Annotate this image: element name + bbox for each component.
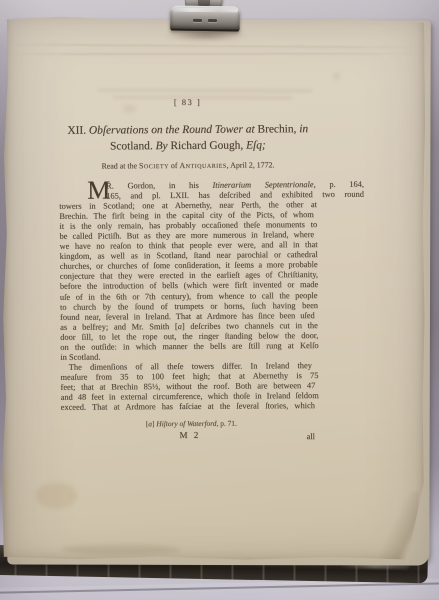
read-at-society-line: Read at the Society of Antiquaries, Apri… <box>59 160 317 171</box>
catchword: all <box>306 432 314 441</box>
author-esq: Eſq; <box>246 139 266 151</box>
read-line-of: of <box>171 161 178 170</box>
ink-bleedthrough <box>98 89 313 93</box>
read-line-pre: Read at the <box>101 161 137 170</box>
text-line: on the outſide: in which manner the bell… <box>60 341 318 353</box>
antiquaries-smallcaps: Antiquaries <box>179 161 226 170</box>
paper-crease <box>3 53 426 55</box>
title-line-1: XII. Obſervations on the Round Tower at … <box>59 122 317 139</box>
paper-stain <box>61 545 181 555</box>
page-number: [ 83 ] <box>59 96 317 108</box>
article-number: XII. <box>67 125 86 137</box>
article-title: XII. Obſervations on the Round Tower at … <box>59 122 317 155</box>
document-page: [ 83 ] XII. Obſervations on the Round To… <box>1 14 425 565</box>
page-number-text: [ 83 ] <box>174 97 201 107</box>
printed-text-block: [ 83 ] XII. Obſervations on the Round To… <box>59 96 320 468</box>
clip-body <box>170 6 240 32</box>
paper-stain <box>35 483 77 509</box>
binder-clip <box>170 0 242 37</box>
read-line-date: , April 2, 1772. <box>227 160 275 169</box>
body-paragraph-2: The dimenſions of all theſe towers diffe… <box>60 361 318 413</box>
photograph-of-pamphlet: [ 83 ] XII. Obſervations on the Round To… <box>0 0 439 600</box>
author-name: Richard Gough, <box>170 139 243 152</box>
paper-crease <box>3 43 426 48</box>
footnote: [a] Hiſtory of Waterford, p. 71. <box>146 419 237 429</box>
title-italic-2: in <box>299 123 308 135</box>
title-place: Brechin, <box>257 123 296 135</box>
title-by: By <box>156 140 168 152</box>
title-country: Scotland. <box>110 140 153 152</box>
clip-slot <box>208 19 217 22</box>
title-italic-1: Obſervations on the Round Tower at <box>89 123 255 136</box>
signature-mark: M 2 <box>61 429 319 441</box>
title-line-2: Scotland. By Richard Gough, Eſq; <box>59 138 317 155</box>
clip-slot <box>193 19 202 22</box>
society-smallcaps: Society <box>139 161 169 170</box>
text-line: exceed. That at Ardmore has faſciae at t… <box>61 401 319 413</box>
body-paragraph-1: R. Gordon, in his Itinerarium Septentrio… <box>59 180 318 363</box>
paper-stain <box>333 73 341 79</box>
